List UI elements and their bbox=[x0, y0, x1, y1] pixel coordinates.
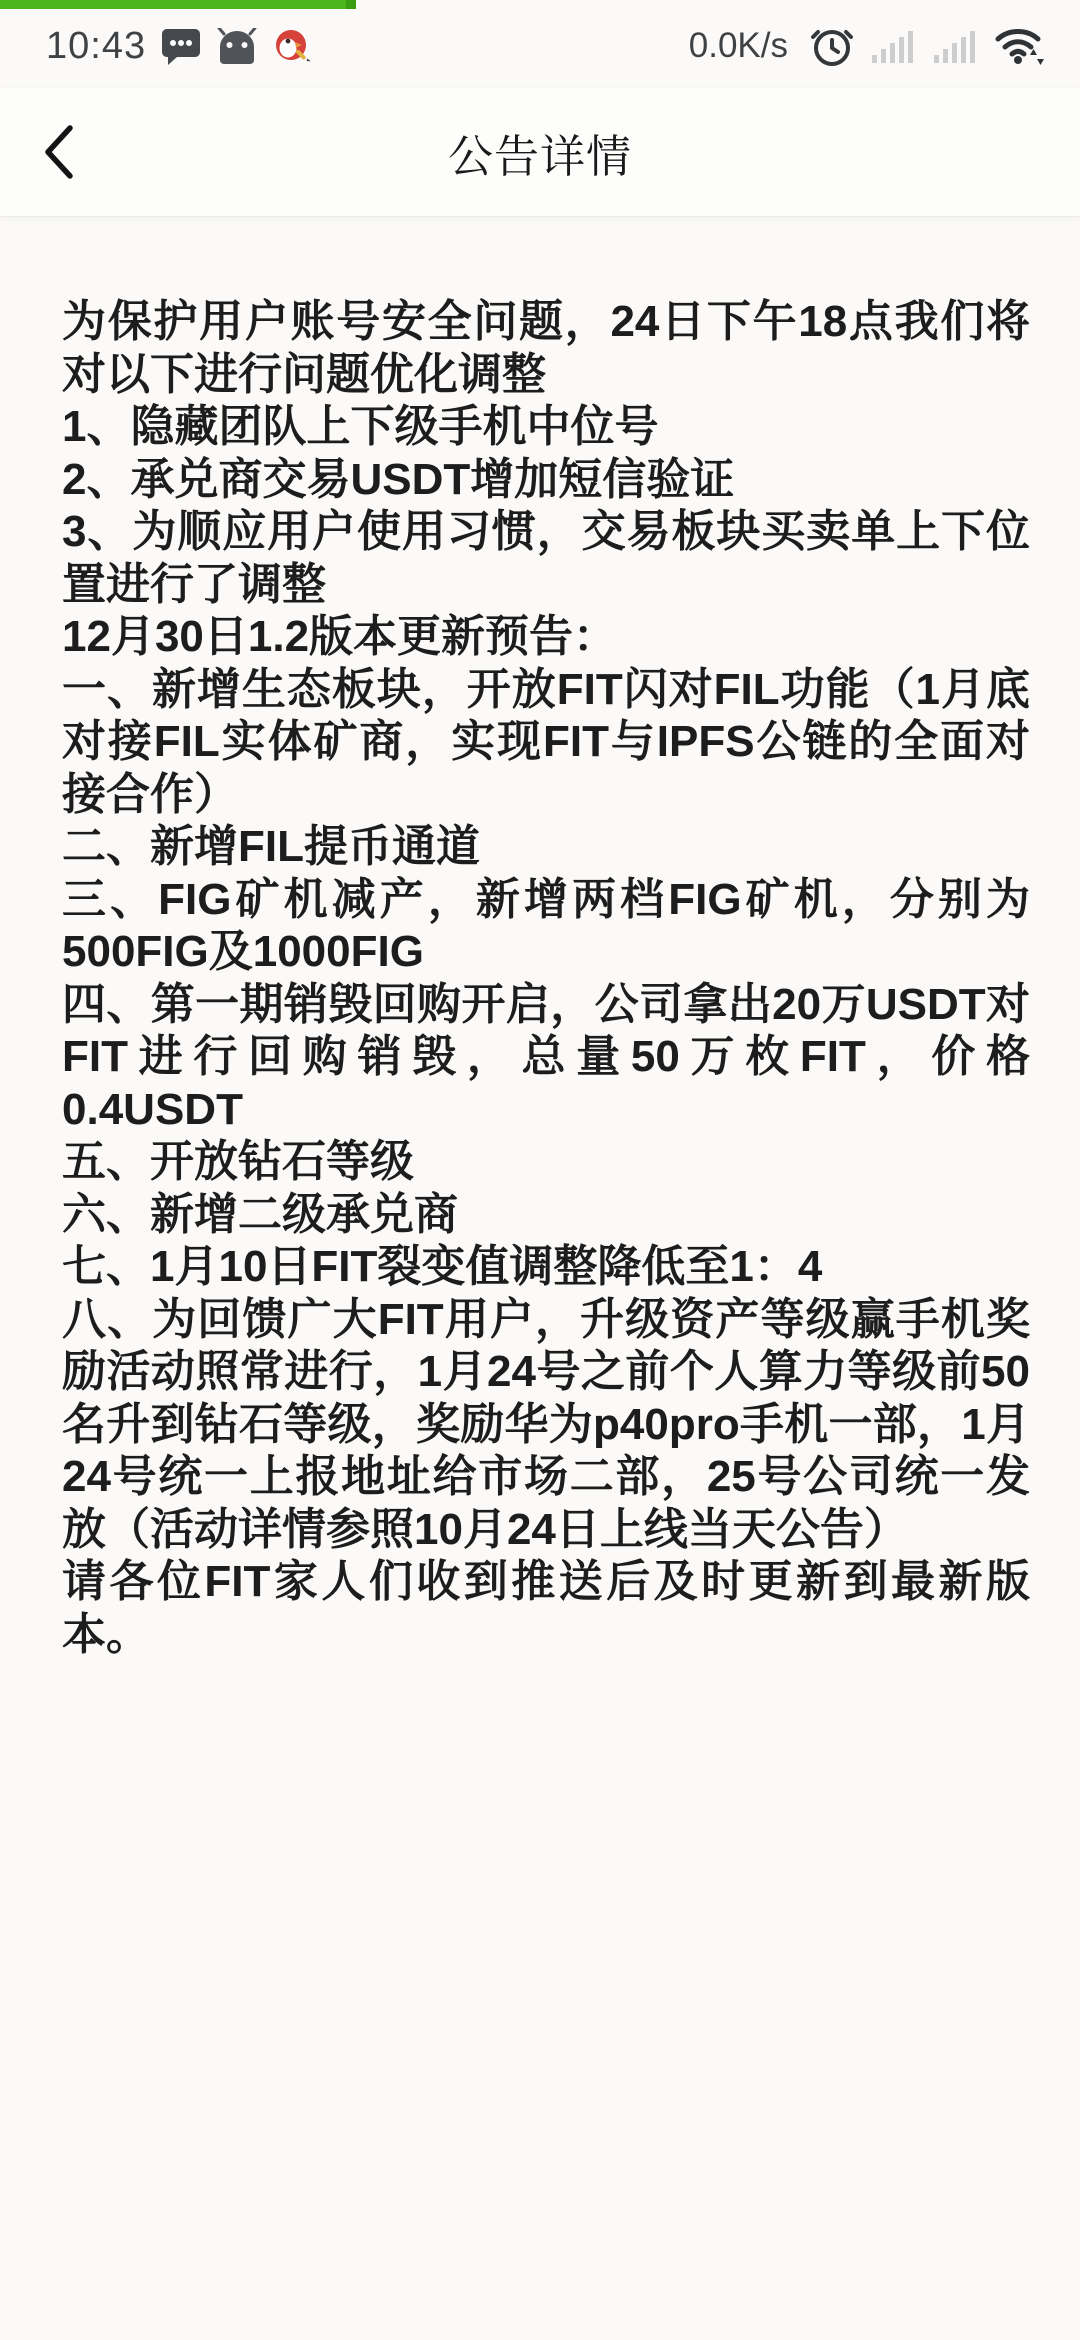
app-screen: 10:43 bbox=[0, 0, 1080, 2340]
screen-capture-indicator-bar bbox=[0, 0, 356, 9]
status-bar-left: 10:43 bbox=[46, 25, 312, 68]
announcement-paragraph: 3、为顺应用户使用习惯，交易板块买卖单上下位置进行了调整 bbox=[62, 506, 1030, 611]
sim1-signal-icon bbox=[870, 27, 916, 65]
announcement-paragraph: 三、FIG矿机减产，新增两档FIG矿机，分别为500FIG及1000FIG bbox=[62, 874, 1030, 979]
wifi-icon bbox=[994, 25, 1046, 67]
announcement-paragraph: 为保护用户账号安全问题，24日下午18点我们将对以下进行问题优化调整 bbox=[62, 296, 1030, 401]
announcement-paragraph: 12月30日1.2版本更新预告： bbox=[62, 611, 1030, 664]
announcement-paragraph: 1、隐藏团队上下级手机中位号 bbox=[62, 401, 1030, 454]
announcement-paragraph: 二、新增FIL提币通道 bbox=[62, 821, 1030, 874]
status-time: 10:43 bbox=[46, 25, 146, 68]
announcement-paragraph: 七、1月10日FIT裂变值调整降低至1：4 bbox=[62, 1241, 1030, 1294]
announcement-paragraph: 2、承兑商交易USDT增加短信验证 bbox=[62, 454, 1030, 507]
announcement-paragraph: 四、第一期销毁回购开启，公司拿出20万USDT对FIT进行回购销毁，总量50万枚… bbox=[62, 979, 1030, 1137]
announcement-paragraph: 五、开放钻石等级 bbox=[62, 1136, 1030, 1189]
nav-bar: 公告详情 bbox=[0, 88, 1080, 217]
message-bubble-icon bbox=[162, 28, 200, 65]
capture-bar-end-cap bbox=[346, 0, 356, 9]
announcement-body: 为保护用户账号安全问题，24日下午18点我们将对以下进行问题优化调整1、隐藏团队… bbox=[62, 296, 1030, 1661]
network-speed: 0.0K/s bbox=[689, 26, 788, 66]
bird-app-icon bbox=[274, 27, 312, 65]
announcement-paragraph: 六、新增二级承兑商 bbox=[62, 1189, 1030, 1242]
sim2-signal-icon bbox=[932, 27, 978, 65]
status-bar: 10:43 bbox=[0, 14, 1080, 78]
back-button[interactable] bbox=[34, 117, 82, 187]
status-bar-right: 0.0K/s bbox=[689, 25, 1046, 67]
page-title: 公告详情 bbox=[448, 120, 632, 185]
alarm-clock-icon bbox=[810, 25, 854, 67]
android-robot-icon bbox=[216, 28, 258, 64]
chevron-left-icon bbox=[40, 169, 76, 184]
announcement-paragraph: 请各位FIT家人们收到推送后及时更新到最新版本。 bbox=[62, 1556, 1030, 1661]
announcement-paragraph: 八、为回馈广大FIT用户，升级资产等级赢手机奖励活动照常进行，1月24号之前个人… bbox=[62, 1294, 1030, 1557]
announcement-paragraph: 一、新增生态板块，开放FIT闪对FIL功能（1月底对接FIL实体矿商，实现FIT… bbox=[62, 664, 1030, 822]
